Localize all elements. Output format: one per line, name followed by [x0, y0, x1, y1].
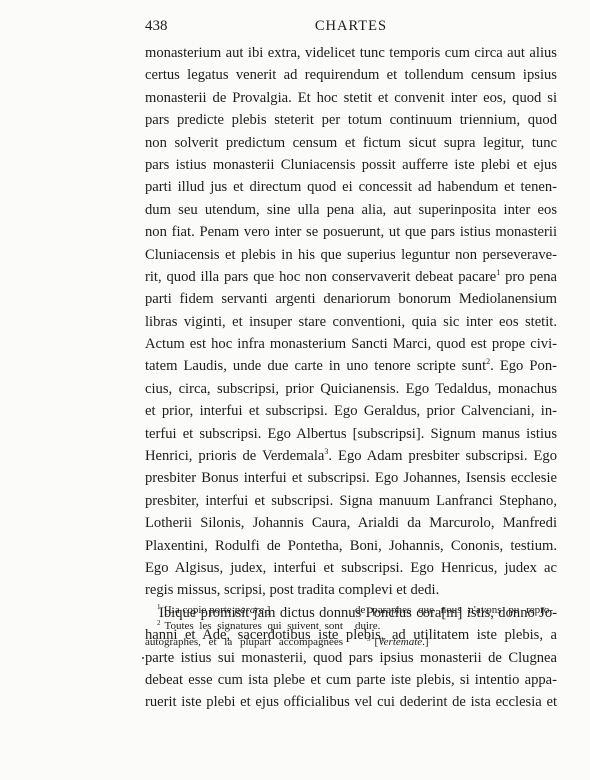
- footnote-italic: parare: [234, 604, 264, 616]
- text-segment: rit, quod illa pars que hoc non conserva…: [145, 269, 496, 285]
- footnote-2-cont: de paraphes que nous n'avons pu repro-: [355, 602, 553, 618]
- footnotes-right-column: de paraphes que nous n'avons pu repro- d…: [355, 602, 553, 650]
- footnote-1: 1[La copie porte parare.]: [145, 602, 343, 618]
- footnotes-left-column: 1[La copie porte parare.] 2Toutes les si…: [145, 602, 343, 650]
- footnote-text: .]: [264, 604, 270, 616]
- footnote-mark: 1: [157, 603, 161, 611]
- running-title: CHARTES: [145, 18, 557, 35]
- text-line: certus legatus venerit ad requirendum et…: [145, 64, 557, 86]
- text-line: tatem Laudis, unde due carte in uno teno…: [145, 355, 557, 377]
- footnote-text: Toutes les signatures qui suivent sont: [165, 620, 344, 632]
- text-line: ruerit iste plebi et ejus officialibus v…: [145, 691, 557, 713]
- text-line: monasterii de Provalgia. Et hoc stetit e…: [145, 87, 557, 109]
- text-line: Ego Algisus, judex, interfui et subscrip…: [145, 557, 557, 579]
- footnote-text: .]: [422, 636, 428, 648]
- text-line: non fiat. Penam vero inter se posuerunt,…: [145, 221, 557, 243]
- text-line: rit, quod illa pars que hoc non conserva…: [145, 266, 557, 288]
- text-line: Actum est hoc infra monasterium Sancti M…: [145, 333, 557, 355]
- text-line: parti illud jus et directum quod ei conc…: [145, 176, 557, 198]
- text-line: libras viginti, et insuper stare convent…: [145, 311, 557, 333]
- text-segment: Henrici, prioris de Verdemala: [145, 448, 324, 464]
- footnote-text: [La copie porte: [165, 604, 235, 616]
- footnote-2: 2Toutes les signatures qui suivent sont: [145, 618, 343, 634]
- footnote-mark: 2: [157, 619, 161, 627]
- text-segment: pro pena: [500, 269, 557, 285]
- text-line: Lotherii Silonis, Johannis Caura, Ariald…: [145, 512, 557, 534]
- text-line: presbiter, interfui et subscripsi. Signa…: [145, 490, 557, 512]
- stray-mark: [142, 657, 144, 659]
- footnote-3: 3[Vertemate.]: [355, 634, 553, 650]
- footnote-2-cont: autographes, et la plupart accompagnées: [145, 634, 343, 650]
- text-line: et prior, interfui et subscripsi. Ego Ge…: [145, 400, 557, 422]
- footnote-2-cont: duire.: [355, 618, 553, 634]
- text-line: debeat esse cum ista plebe et cum parte …: [145, 669, 557, 691]
- text-line: pars predicte plebis steterit per totum …: [145, 109, 557, 131]
- text-line: non solverit predictum censum et fictum …: [145, 132, 557, 154]
- text-line: pars istius monasterii Cluniacensis poss…: [145, 154, 557, 176]
- text-segment: . Ego Adam presbiter subscripsi. Ego: [328, 448, 557, 464]
- footnote-mark: 3: [367, 635, 371, 643]
- text-segment: tatem Laudis, unde due carte in uno teno…: [145, 358, 486, 374]
- text-line: presbiter Bonus interfui et subscripsi. …: [145, 467, 557, 489]
- text-line: monasterium aut ibi extra, videlicet tun…: [145, 42, 557, 64]
- text-line: dum seu utendum, sine ulla pena alia, au…: [145, 199, 557, 221]
- text-segment: . Ego Pon-: [490, 358, 557, 374]
- text-line: regis missus, scripsi, post tradita comp…: [145, 579, 557, 601]
- text-line: parti fidem servanti argenti denariorum …: [145, 288, 557, 310]
- text-line: cius, circa, subscripsi, prior Quicianen…: [145, 378, 557, 400]
- text-line: Henrici, prioris de Verdemala3. Ego Adam…: [145, 445, 557, 467]
- footnote-italic: Vertemate: [378, 636, 422, 648]
- text-line: Cluniacensis et plebis in his que superi…: [145, 244, 557, 266]
- text-line: terfui et subscripsi. Ego Albertus [subs…: [145, 423, 557, 445]
- running-head: 438 CHARTES: [145, 18, 557, 42]
- text-line: Plaxentini, Rodulfi de Pontetha, Boni, J…: [145, 535, 557, 557]
